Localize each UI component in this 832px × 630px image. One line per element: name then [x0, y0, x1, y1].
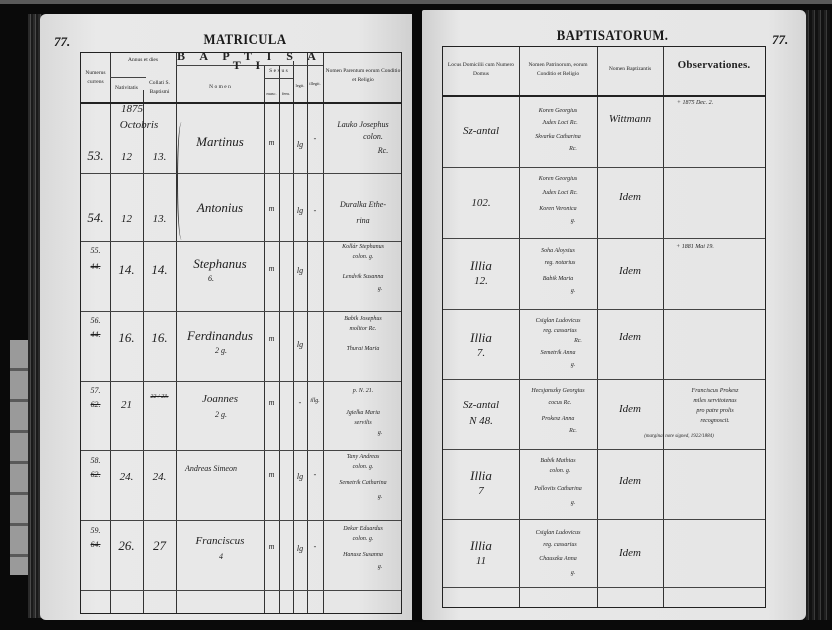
sex-mark: m	[264, 203, 279, 214]
legit-mark: lg	[293, 543, 307, 554]
observation-line: + 1875 Dec. 2.	[665, 99, 725, 107]
child-name-note: 4	[191, 551, 251, 562]
godparent-line: g.	[553, 361, 593, 369]
baptism-day: 27	[143, 539, 176, 552]
year-note: 1875	[117, 103, 147, 116]
parents-line: Babik Josephus	[325, 315, 401, 323]
godparent-line: Rc.	[553, 427, 593, 435]
godparent-line: Semetrik Anna	[519, 349, 597, 357]
parents-line: Jgielka Maria	[325, 409, 401, 417]
illegit-mark: illg.	[307, 397, 323, 405]
domicile: 102.	[443, 197, 519, 210]
domicile: Illia	[443, 331, 519, 344]
parents-line: Dekar Eduardus	[325, 525, 401, 533]
left-page: 77. MATRICULA Numerus currens Annus et d…	[40, 14, 415, 620]
baptizant: Idem	[597, 475, 663, 488]
header-baptisati: B A P T I S A T I	[176, 52, 323, 70]
parents-line: molitor Rc.	[335, 325, 391, 333]
legit-mark: -	[293, 397, 307, 408]
row-number: 58.	[81, 455, 110, 466]
header-numerus-currens: Numerus currens	[81, 69, 110, 87]
header-masc: masc.	[264, 89, 279, 98]
header-illegit: illegit.	[307, 79, 323, 88]
godparent-line: Hecsjanszky Georgius	[519, 387, 597, 395]
old-row-number: 62.	[81, 469, 110, 480]
sex-mark: m	[264, 541, 279, 552]
baptizant: Idem	[597, 191, 663, 204]
sex-mark: m	[264, 469, 279, 480]
godparent-line: Skvarka Catharina	[519, 133, 597, 141]
godparent-line: Babik Mathias	[519, 457, 597, 465]
child-name: Andreas Simeon	[176, 463, 246, 474]
old-row-number: 44.	[81, 329, 110, 340]
parents-line: Tany Andreas	[325, 453, 401, 461]
child-name-note: 2 g.	[191, 345, 251, 356]
header-collati-baptismi: Collati S. Baptismi	[143, 79, 176, 97]
godparent-line: Soha Aloysius	[519, 247, 597, 255]
sex-mark: m	[264, 397, 279, 408]
right-folio: 77.	[772, 32, 788, 48]
right-register-table: Locus Domicilii cum Numero Domus Nomen P…	[442, 46, 766, 608]
parents-line: rina	[335, 215, 391, 226]
parents-line: Semetrik Catharina	[325, 479, 401, 487]
birth-day: 21	[110, 399, 143, 412]
birth-day: 26.	[110, 539, 143, 552]
godparent-line: Csiglan Ludovicus	[519, 529, 597, 537]
godparent-line: Koren Veronica	[519, 205, 597, 213]
header-baptizans: Nomen Baptizantis	[597, 65, 663, 74]
birth-day: 16.	[110, 331, 143, 344]
parents-line: g.	[365, 429, 395, 437]
row-number: 59.	[81, 525, 110, 536]
parents-line: p. N. 21.	[335, 387, 391, 395]
godparent-line: g.	[553, 569, 593, 577]
baptism-day: 16.	[143, 331, 176, 344]
legit-mark: lg	[293, 205, 307, 216]
godparent-line: Judex Loci Rc.	[523, 189, 597, 197]
left-folio: 77.	[54, 34, 70, 50]
baptism-day: 13.	[143, 213, 176, 226]
child-name: Joannes	[176, 393, 264, 406]
parents-line: colon. g.	[335, 463, 391, 471]
parents-line: g.	[365, 285, 395, 293]
godparent-line: Koren Georgius	[519, 175, 597, 183]
header-sexus: S e x u s	[264, 67, 293, 76]
domicile: Sz-antal	[443, 399, 519, 412]
right-page: 77. BAPTISATORUM. Locus Domicilii cum Nu…	[422, 10, 806, 620]
baptism-day: 13.	[143, 151, 176, 164]
parents-line: Lauko Josephus	[325, 119, 401, 130]
header-observationes: Observationes.	[663, 61, 765, 70]
illegit-mark: -	[307, 133, 323, 144]
legit-mark: lg	[293, 471, 307, 482]
header-legit: legit.	[293, 81, 307, 90]
header-nativitatis: Nativitatis	[110, 84, 143, 93]
parents-line: Hanusz Susanna	[325, 551, 401, 559]
parents-line: Rc.	[365, 145, 401, 156]
header-parentes: Nomen Parentum eorum Conditio et Religio	[325, 67, 401, 85]
header-locus: Locus Domicilii cum Numero Domus	[443, 61, 519, 79]
observation-line: pro patre prolis	[665, 407, 765, 415]
godparent-line: reg. notarius	[523, 259, 597, 267]
godparent-line: Prokesz Anna	[519, 415, 597, 423]
parents-line: g.	[365, 563, 395, 571]
godparent-line: Babik Maria	[519, 275, 597, 283]
header-fem: fem.	[279, 89, 293, 98]
domicile: Illia	[443, 259, 519, 272]
left-page-title: MATRICULA	[198, 32, 292, 49]
left-register-table: Numerus currens Annus et dies Nativitati…	[80, 52, 402, 614]
child-name: Stephanus	[176, 257, 264, 270]
child-name: Franciscus	[176, 535, 264, 548]
sex-mark: m	[264, 137, 279, 148]
godparent-line: Chauszka Anna	[519, 555, 597, 563]
child-name: Ferdinandus	[176, 329, 264, 342]
parents-line: colon.	[345, 131, 401, 142]
godparent-line: Koren Georgius	[519, 107, 597, 115]
godparent-line: Judex Loci Rc.	[523, 119, 597, 127]
illegit-mark: -	[307, 469, 323, 480]
birth-day: 14.	[110, 263, 143, 276]
baptism-day: 14.	[143, 263, 176, 276]
child-name-note: 6.	[176, 273, 246, 284]
header-patrini: Nomen Patrinorum, eorum Conditio et Reli…	[519, 61, 597, 79]
header-nomen: N o m e n	[176, 83, 264, 92]
legit-mark: lg	[293, 139, 307, 150]
header-annus-et-dies: Annus et dies	[110, 56, 176, 65]
godparent-line: Rc.	[553, 145, 593, 153]
row-number: 55.	[81, 245, 110, 256]
parents-line: Kollár Stephanus	[325, 243, 401, 251]
observation-line: recognoscit.	[665, 417, 765, 425]
bracket-mark	[177, 122, 186, 240]
legit-mark: lg	[293, 339, 307, 350]
domicile: Illia	[443, 539, 519, 552]
baptizant: Wittmann	[597, 113, 663, 126]
parents-line: colon. g.	[335, 535, 391, 543]
parents-line: Duralka Ethe-	[325, 199, 401, 210]
godparent-line: colon. g.	[523, 467, 597, 475]
godparent-line: Rc.	[563, 337, 593, 345]
godparent-line: cocus Rc.	[523, 399, 597, 407]
house-number: 11	[443, 555, 519, 568]
legit-mark: lg	[293, 265, 307, 276]
row-number: 53.	[81, 149, 110, 162]
right-page-title: BAPTISATORUM.	[557, 28, 668, 45]
old-row-number: 62.	[81, 399, 110, 410]
birth-day: 12	[110, 213, 143, 226]
marginal-note: (marginal note signed, 1922/1884)	[593, 433, 765, 441]
domicile: Sz-antal	[443, 125, 519, 138]
baptizant: Idem	[597, 403, 663, 416]
house-number: 7.	[443, 347, 519, 360]
baptizant: Idem	[597, 265, 663, 278]
house-number: 12.	[443, 275, 519, 288]
birth-day: 12	[110, 151, 143, 164]
godparent-line: g.	[553, 499, 593, 507]
parents-line: Lendvik Susanna	[325, 273, 401, 281]
parents-line: Thurai Maria	[325, 345, 401, 353]
sex-mark: m	[264, 333, 279, 344]
child-name-note: 2 g.	[191, 409, 251, 420]
scanner-edge	[0, 0, 832, 4]
row-number: 57.	[81, 385, 110, 396]
parents-line: servilis	[335, 419, 391, 427]
house-number: N 48.	[443, 415, 519, 428]
birth-day: 24.	[110, 471, 143, 484]
illegit-mark: -	[307, 205, 323, 216]
parents-line: g.	[365, 493, 395, 501]
domicile: Illia	[443, 469, 519, 482]
illegit-mark: -	[307, 541, 323, 552]
godparent-line: g.	[553, 217, 593, 225]
godparent-line: Pallovits Catharina	[519, 485, 597, 493]
godparent-line: Csiglan Ludovicus	[519, 317, 597, 325]
observation-line: + 1881 Mai 19.	[665, 243, 725, 251]
baptizant: Idem	[597, 547, 663, 560]
baptizant: Idem	[597, 331, 663, 344]
sex-mark: m	[264, 263, 279, 274]
godparent-line: reg. cassarius	[523, 541, 597, 549]
month-note: Octobris	[119, 119, 159, 132]
baptism-day: 22 / 23.	[143, 393, 176, 401]
parents-line: colon. g.	[335, 253, 391, 261]
house-number: 7	[443, 485, 519, 498]
row-number: 56.	[81, 315, 110, 326]
observation-line: miles servitotenus	[665, 397, 765, 405]
child-name: Martinus	[176, 135, 264, 148]
godparent-line: reg. cassarius	[523, 327, 597, 335]
old-row-number: 64.	[81, 539, 110, 550]
godparent-line: g.	[553, 287, 593, 295]
row-number: 54.	[81, 211, 110, 224]
child-name: Antonius	[176, 201, 264, 214]
observation-line: Franciscus Prokesz	[665, 387, 765, 395]
old-row-number: 44.	[81, 261, 110, 272]
baptism-day: 24.	[143, 471, 176, 484]
